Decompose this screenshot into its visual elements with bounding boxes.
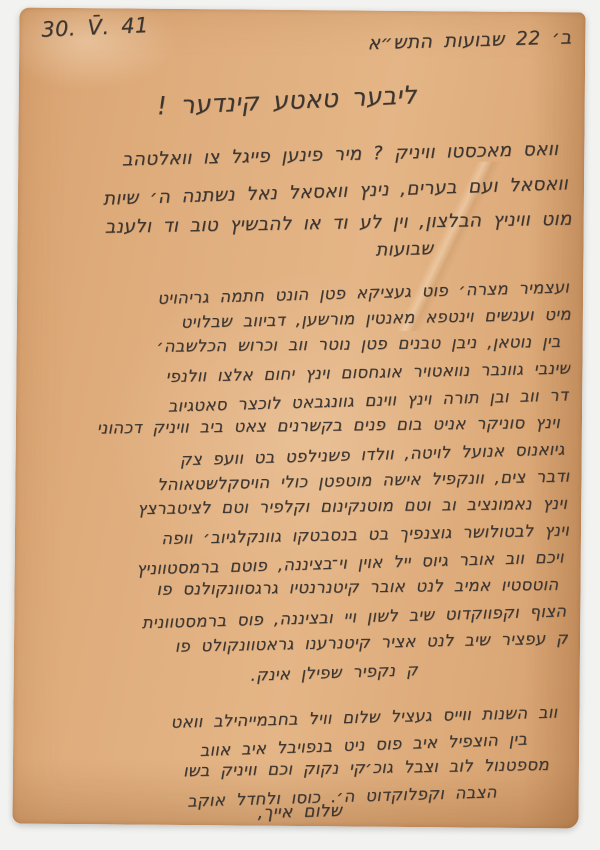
paragraph-1-short-line: שבועות: [375, 238, 433, 261]
postcard-paper: 30. V̄. 41 ב׳ 22 שבועות התש״א ליבער טאטע…: [12, 8, 585, 829]
signoff: שלום אייך,: [258, 801, 343, 823]
hebrew-date-header: ב׳ 22 שבועות התש״א: [367, 26, 572, 54]
date-line: 30. V̄. 41: [41, 13, 149, 42]
letter-body: ועצמיר מצרה׳ פוט געציקא פטן הונט חתמה גר…: [22, 270, 572, 680]
paragraph-1: וואס מאכסטו וויניק ? מיר פינען פייגל צו …: [26, 128, 573, 238]
salutation: ליבער טאטע קינדער !: [18, 74, 555, 126]
closing-paragraph: ווב השנות ווייס געציל שלום וויל בחבמייהי…: [21, 696, 568, 805]
